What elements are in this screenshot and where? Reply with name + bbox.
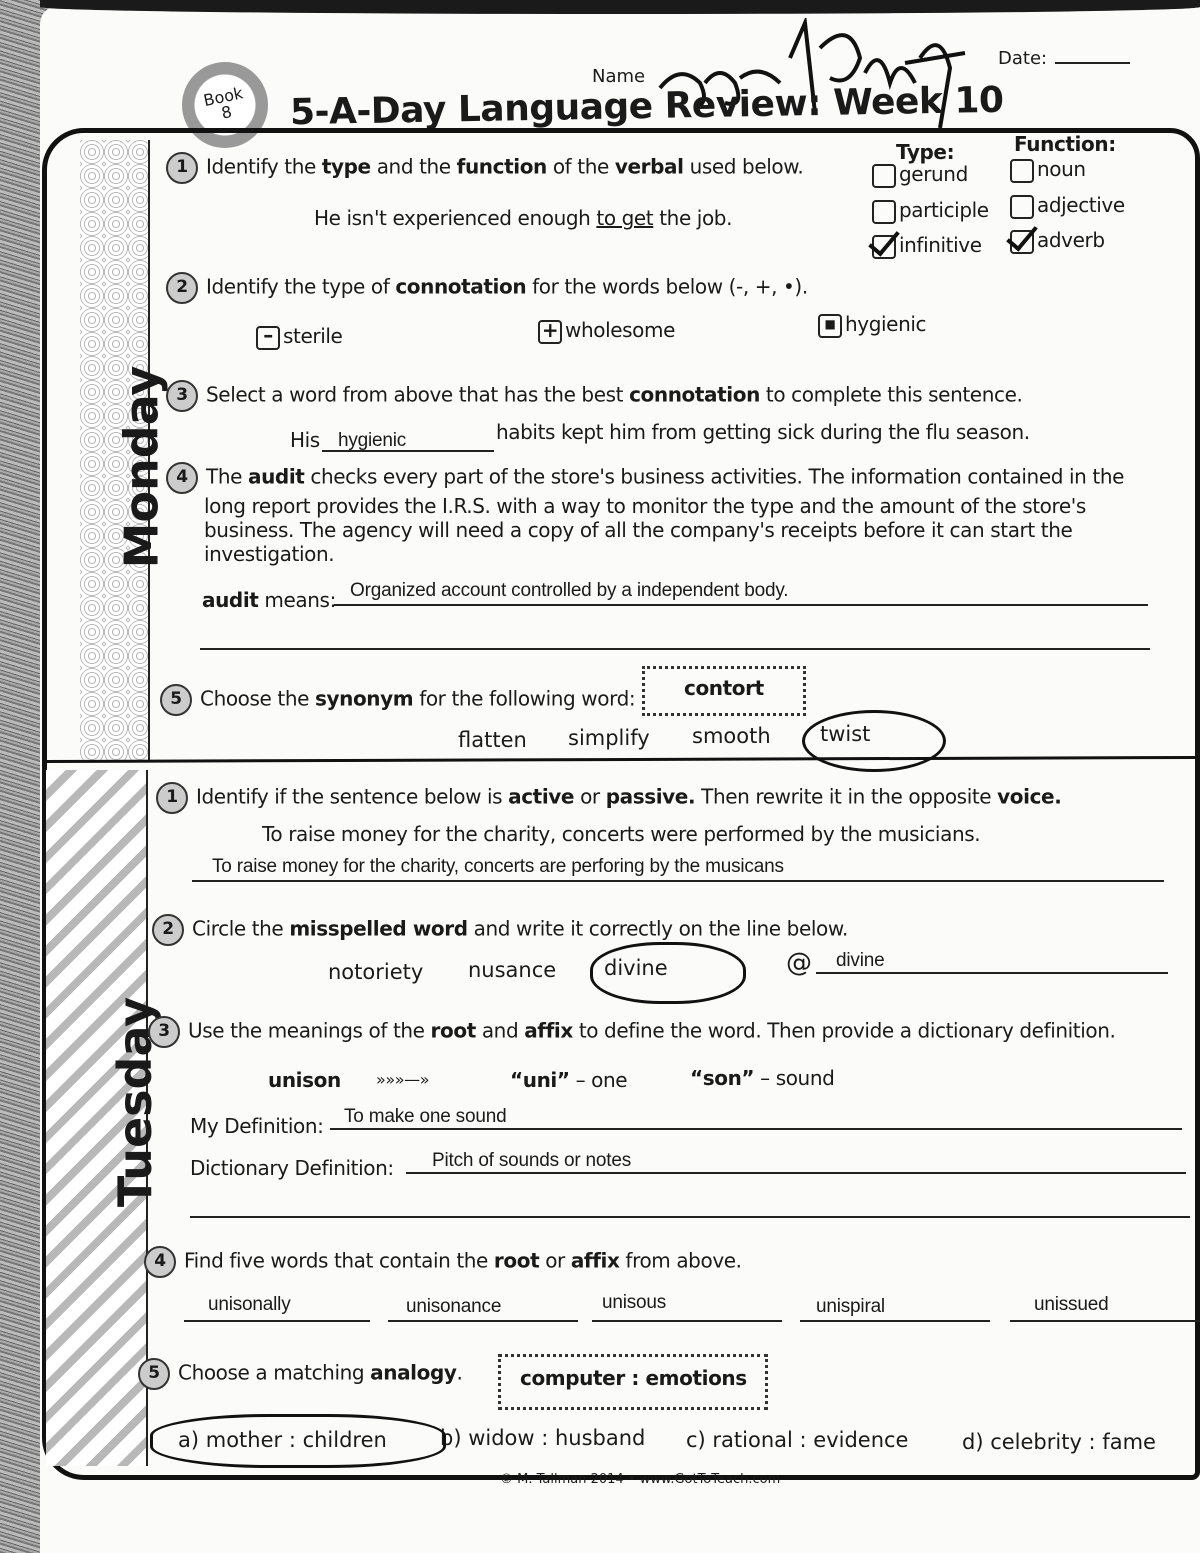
function-option-adjective[interactable]: adjective [1010,193,1125,219]
spelling-option-nusance[interactable]: nusance [468,958,556,982]
function-option-noun[interactable]: noun [1010,157,1086,183]
checkbox-gerund[interactable] [872,164,896,188]
audit-means-field-line2[interactable] [200,628,1150,650]
checkbox-noun[interactable] [1010,159,1034,183]
dictionary-definition-field[interactable]: Pitch of sounds or notes [406,1150,1186,1174]
answer-circle-a [150,1414,446,1468]
spiral-icon: @ [786,948,812,978]
copyright-footer: © M. Tallman 2014 • www.GotToTeach.com [500,1472,780,1487]
connotation-word-wholesome[interactable]: +wholesome [538,318,675,344]
connotation-word-sterile[interactable]: –sterile [256,324,342,350]
analogy-option-d[interactable]: d) celebrity : fame [962,1430,1156,1454]
date-label: Date: [998,48,1047,69]
checkbox-infinitive-checked[interactable] [872,235,896,259]
root-word-field-4[interactable]: unispiral [800,1296,990,1322]
root-word-field-5[interactable]: unissued [1010,1294,1200,1322]
connotation-box-negative[interactable]: – [256,326,280,350]
monday-q3-answer-field[interactable]: hygienic [322,430,494,452]
dictionary-definition-field-line2[interactable] [190,1196,1190,1218]
page-shadow [40,0,1200,14]
analogy-target-pair: computer : emotions [520,1366,747,1390]
root-word-field-3[interactable]: unisous [592,1292,782,1322]
type-option-gerund[interactable]: gerund [872,162,968,188]
synonym-option-flatten[interactable]: flatten [458,728,527,752]
monday-q1-prompt: 1Identify the type and the function of t… [166,152,803,184]
audit-means-label: audit means: [202,588,336,612]
root-word-field-2[interactable]: unisonance [388,1296,578,1322]
synonym-target-word: contort [684,676,764,700]
connotation-word-hygienic[interactable]: ■hygienic [818,312,926,338]
question-number: 4 [144,1246,176,1278]
root-part-son: “son” – sound [690,1066,834,1090]
tuesday-q2-answer-field[interactable]: divine [816,950,1168,974]
monday-q3-sentence-end: habits kept him from getting sick during… [496,420,1030,444]
root-part-uni: “uni” – one [510,1068,627,1092]
tuesday-q3-prompt: 3Use the meanings of the root and affix … [148,1016,1115,1048]
answer-circle-divine [590,942,746,1004]
question-number: 2 [166,272,198,304]
synonym-option-simplify[interactable]: simplify [568,726,650,750]
tuesday-q1-prompt: 1Identify if the sentence below is activ… [156,782,1061,814]
arrow-icon: »»»—» [376,1070,429,1089]
monday-q2-prompt: 2Identify the type of connotation for th… [166,272,808,304]
tuesday-q4-prompt: 4Find five words that contain the root o… [144,1246,742,1278]
root-word-field-1[interactable]: unisonally [184,1294,370,1322]
question-number: 5 [160,684,192,716]
tuesday-q1-sentence: To raise money for the charity, concerts… [262,822,980,846]
function-option-adverb[interactable]: adverb [1010,228,1105,254]
function-heading: Function: [1014,132,1116,156]
type-option-participle[interactable]: participle [872,198,989,224]
date-field[interactable] [1055,62,1130,64]
checkbox-participle[interactable] [872,200,896,224]
tuesday-q1-answer-field[interactable]: To raise money for the charity, concerts… [192,856,1164,882]
my-definition-field[interactable]: To make one sound [330,1106,1182,1130]
monday-q1-sentence: He isn't experienced enough to get the j… [314,206,732,230]
connotation-box-positive[interactable]: + [538,320,562,344]
monday-q5-prompt: 5Choose the synonym for the following wo… [160,684,635,716]
synonym-option-smooth[interactable]: smooth [692,724,771,748]
type-heading: Type: [896,140,954,164]
monday-q3-sentence-start: His [290,428,320,452]
question-number: 3 [148,1016,180,1048]
question-number: 2 [152,914,184,946]
root-word: unison [268,1068,341,1092]
checkbox-adjective[interactable] [1010,195,1034,219]
monday-q3-prompt: 3Select a word from above that has the b… [166,380,1022,412]
question-number: 5 [138,1358,170,1390]
audit-means-field[interactable]: Organized account controlled by a indepe… [334,580,1148,606]
connotation-box-neutral[interactable]: ■ [818,314,842,338]
spelling-option-notoriety[interactable]: notoriety [328,960,423,984]
analogy-option-b[interactable]: b) widow : husband [440,1426,645,1450]
tuesday-q2-prompt: 2Circle the misspelled word and write it… [152,914,848,946]
book-number: 8 [220,104,233,122]
question-number: 3 [166,380,198,412]
dictionary-definition-label: Dictionary Definition: [190,1156,394,1180]
tuesday-q5-prompt: 5Choose a matching analogy. [138,1358,463,1390]
question-number: 1 [156,782,188,814]
question-number: 1 [166,152,198,184]
analogy-option-c[interactable]: c) rational : evidence [686,1428,908,1452]
monday-q4-passage: 4The audit checks every part of the stor… [166,462,1154,566]
type-option-infinitive[interactable]: infinitive [872,233,982,259]
question-number: 4 [166,462,198,494]
checkbox-adverb-checked[interactable] [1010,230,1034,254]
answer-circle-twist [802,710,946,772]
day-label-monday: Monday [114,366,168,569]
name-label: Name [592,66,645,87]
my-definition-label: My Definition: [190,1114,323,1138]
